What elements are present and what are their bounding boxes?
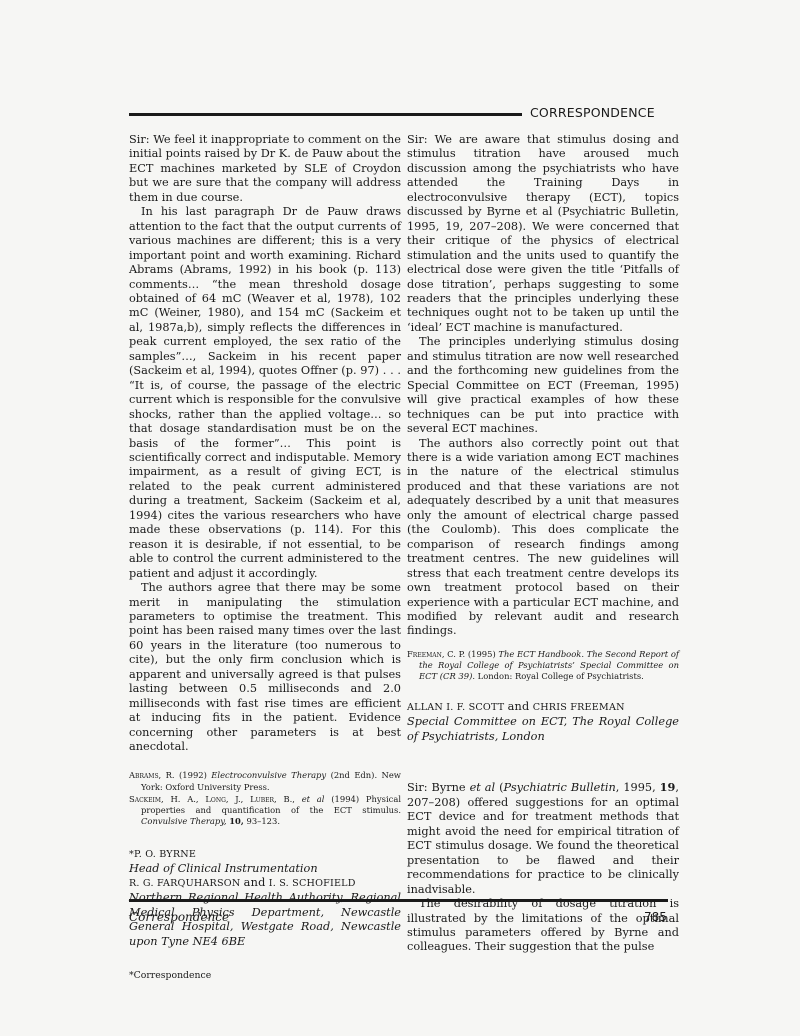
footer-section-title: Correspondence bbox=[129, 910, 229, 924]
page-number: 785 bbox=[644, 910, 667, 924]
header-rule bbox=[129, 113, 522, 116]
letter2-paragraph-2: The principles underlying stimulus dosin… bbox=[407, 335, 679, 436]
letter2-references: Freeman, C. P. (1995) The ECT Handbook. … bbox=[407, 649, 679, 683]
running-head: CORRESPONDENCE bbox=[530, 105, 655, 120]
footer-rule bbox=[129, 899, 668, 902]
letter3-paragraph-2: The desirability of dosage titration is … bbox=[407, 897, 679, 955]
reference-sackeim: Sackeim, H. A., Long, J., Luber, B., et … bbox=[129, 794, 401, 828]
left-column: Sir: We feel it inappropriate to comment… bbox=[129, 133, 401, 983]
letter2-signature: Allan I. F. Scott and Chris Freeman Spec… bbox=[407, 700, 679, 744]
authors-scott-freeman: Allan I. F. Scott and Chris Freeman bbox=[407, 700, 679, 715]
letter1-paragraph-1: Sir: We feel it inappropriate to comment… bbox=[129, 133, 401, 205]
author-byrne: *P. O. Byrne bbox=[129, 848, 401, 862]
reference-freeman: Freeman, C. P. (1995) The ECT Handbook. … bbox=[407, 649, 679, 683]
letter1-references: Abrams, R. (1992) Electroconvulsive Ther… bbox=[129, 770, 401, 827]
reference-abrams: Abrams, R. (1992) Electroconvulsive Ther… bbox=[129, 770, 401, 792]
author-byrne-title: Head of Clinical Instrumentation bbox=[129, 862, 401, 877]
letter2-paragraph-3: The authors also correctly point out tha… bbox=[407, 437, 679, 639]
right-column: Sir: We are aware that stimulus dosing a… bbox=[407, 133, 679, 955]
letter1-paragraph-2: In his last paragraph Dr de Pauw draws a… bbox=[129, 205, 401, 581]
correspondence-footnote: *Correspondence bbox=[129, 969, 401, 983]
letter2-paragraph-1: Sir: We are aware that stimulus dosing a… bbox=[407, 133, 679, 335]
letter2-affiliation: Special Committee on ECT, The Royal Coll… bbox=[407, 715, 679, 744]
authors-farquharson-schofield: R. G. Farquharson and I. S. Schofield bbox=[129, 876, 401, 891]
journal-page: CORRESPONDENCE Sir: We feel it inappropr… bbox=[0, 0, 800, 1036]
letter1-paragraph-3: The authors agree that there may be some… bbox=[129, 581, 401, 754]
letter3: Sir: Byrne et al (Psychiatric Bulletin, … bbox=[407, 780, 679, 954]
letter3-paragraph-1: Sir: Byrne et al (Psychiatric Bulletin, … bbox=[407, 780, 679, 897]
